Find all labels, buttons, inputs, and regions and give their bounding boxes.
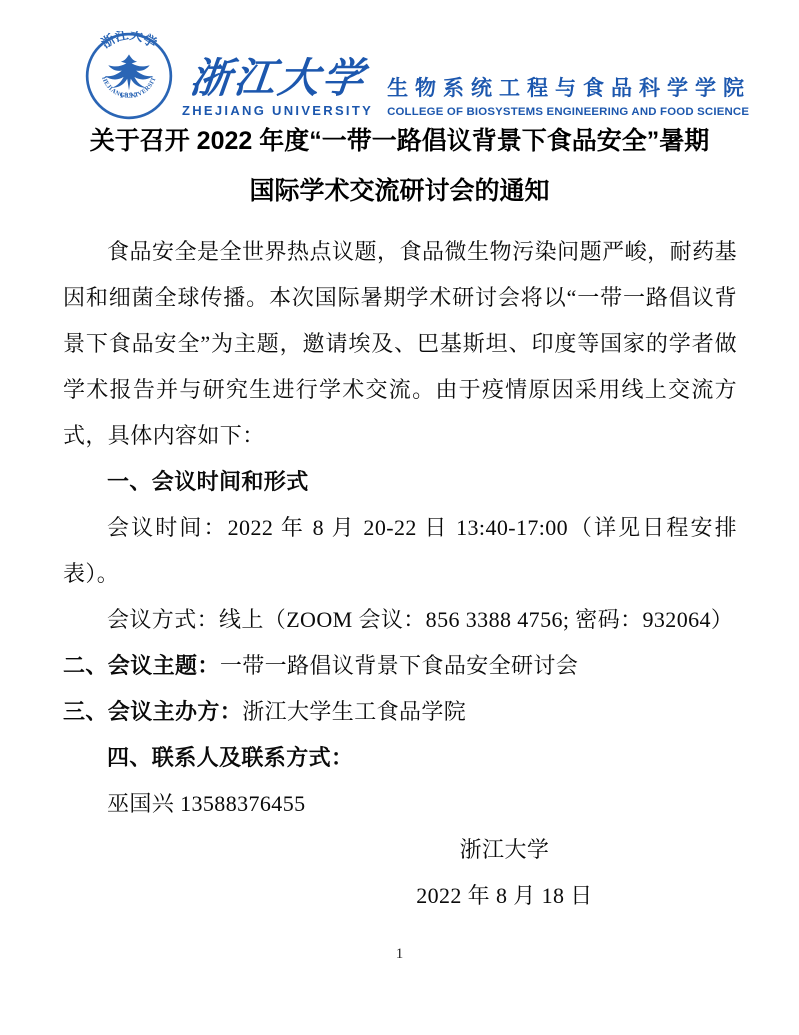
section2-label: 二、会议主题：: [63, 653, 220, 678]
intro-paragraph: 食品安全是全世界热点议题，食品微生物污染问题严峻，耐药基因和细菌全球传播。本次国…: [63, 229, 737, 459]
notice-title-line2: 国际学术交流研讨会的通知: [40, 166, 759, 216]
section3-label: 三、会议主办方：: [63, 699, 242, 724]
signature-date: 2022 年 8 月 18 日: [380, 873, 629, 919]
eagle-icon: [105, 54, 154, 90]
zju-seal-icon: 浙江大学 1897 ZHEJIANG UNIVERSITY: [84, 31, 174, 121]
contact-line: 巫国兴 13588376455: [63, 781, 737, 827]
section2-text: 一带一路倡议背景下食品安全研讨会: [220, 653, 578, 678]
section1-heading: 一、会议时间和形式: [63, 459, 737, 505]
section3-text: 浙江大学生工食品学院: [242, 699, 466, 724]
letterhead: 浙江大学 1897 ZHEJIANG UNIVERSITY 浙江大学 ZHEJI…: [84, 31, 743, 121]
signature-org: 浙江大学: [380, 827, 629, 873]
document-page: 浙江大学 1897 ZHEJIANG UNIVERSITY 浙江大学 ZHEJI…: [0, 0, 799, 1035]
section3-line: 三、会议主办方：浙江大学生工食品学院: [63, 689, 737, 735]
college-name-cn: 生物系统工程与食品科学学院: [387, 72, 751, 102]
notice-body: 食品安全是全世界热点议题，食品微生物污染问题严峻，耐药基因和细菌全球传播。本次国…: [63, 229, 737, 919]
signature-block: 浙江大学 2022 年 8 月 18 日: [380, 827, 629, 919]
section1-time: 会议时间：2022 年 8 月 20-22 日 13:40-17:00（详见日程…: [63, 505, 737, 597]
college-name-block: 生物系统工程与食品科学学院 COLLEGE OF BIOSYSTEMS ENGI…: [387, 72, 751, 121]
page-number: 1: [0, 946, 799, 963]
university-name-cn: 浙江大学: [187, 57, 368, 100]
section1-mode: 会议方式：线上（ZOOM 会议：856 3388 4756; 密码：932064…: [63, 597, 737, 643]
section2-line: 二、会议主题：一带一路倡议背景下食品安全研讨会: [63, 643, 737, 689]
university-name-block: 浙江大学 ZHEJIANG UNIVERSITY: [182, 57, 373, 121]
notice-title-line1: 关于召开 2022 年度“一带一路倡议背景下食品安全”暑期: [40, 116, 759, 166]
section4-heading: 四、联系人及联系方式：: [63, 735, 737, 781]
notice-title: 关于召开 2022 年度“一带一路倡议背景下食品安全”暑期 国际学术交流研讨会的…: [40, 116, 759, 216]
